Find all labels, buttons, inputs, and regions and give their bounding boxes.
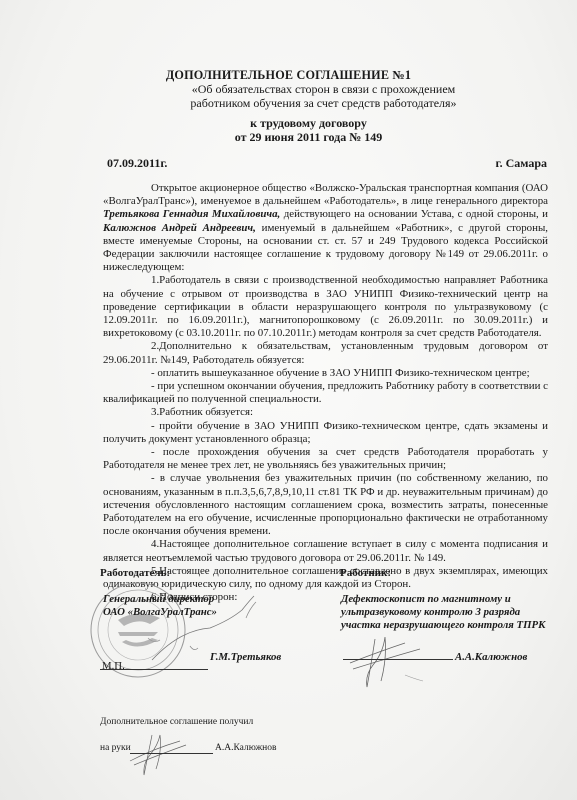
employee-heading: Работник: — [340, 567, 391, 579]
clause-2: 2.Дополнительно к обязательствам, устано… — [103, 340, 548, 366]
contract-reference-line-2: от 29 июня 2011 года № 149 — [20, 130, 577, 144]
employee-role: Дефектоскопист по магнитному и ультразву… — [341, 593, 545, 632]
employee-name: Калюжнов Андрей Андреевич, — [103, 222, 256, 234]
document-subtitle: «Об обязательствах сторон в связи с прох… — [35, 82, 577, 110]
clause-2-item: - оплатить вышеуказанное обучение в ЗАО … — [103, 367, 548, 380]
preamble-paragraph: Открытое акционерное общество «Волжско-У… — [103, 182, 548, 274]
employee-role-line: участка неразрушающего контроля ТПРК — [341, 619, 545, 632]
employer-signatory-name: Г.М.Третьяков — [210, 651, 281, 663]
clause-1: 1.Работодатель в связи с производственно… — [103, 274, 548, 340]
receipt-signature-line — [130, 753, 213, 754]
receipt-signature-icon — [128, 733, 188, 778]
employer-heading: Работодатель: — [100, 567, 170, 579]
seal-place-label: М.П. — [102, 660, 125, 672]
clause-3-item: - в случае увольнения без уважительных п… — [103, 472, 548, 538]
employee-signature-line — [343, 659, 453, 660]
document-date: 07.09.2011г. — [107, 156, 167, 170]
subtitle-line-1: «Об обязательствах сторон в связи с прох… — [35, 82, 577, 96]
contract-reference: к трудовому договору от 29 июня 2011 год… — [20, 116, 577, 144]
preamble-text: Открытое акционерное общество «Волжско-У… — [103, 182, 548, 207]
document-body: Открытое акционерное общество «Волжско-У… — [103, 182, 548, 605]
receipt-name: А.А.Калюжнов — [215, 743, 276, 753]
document-city: г. Самара — [495, 156, 547, 171]
subtitle-line-2: работником обучения за счет средств рабо… — [35, 96, 577, 110]
scanned-document-page: ДОПОЛНИТЕЛЬНОЕ СОГЛАШЕНИЕ №1 «Об обязате… — [0, 0, 577, 800]
receipt-prefix: на руки — [100, 743, 131, 753]
preamble-text: действующего на основании Устава, с одно… — [280, 208, 548, 220]
clause-2-item: - при успешном окончании обучения, предл… — [103, 380, 548, 406]
contract-reference-line-1: к трудовому договору — [20, 116, 577, 130]
document-title: ДОПОЛНИТЕЛЬНОЕ СОГЛАШЕНИЕ №1 — [0, 68, 577, 83]
clause-3: 3.Работник обязуется: — [103, 406, 548, 419]
clause-4: 4.Настоящее дополнительное соглашение вс… — [103, 538, 548, 564]
clause-3-item: - пройти обучение в ЗАО УНИПП Физико-тех… — [103, 420, 548, 446]
director-name: Третьякова Геннадия Михайловича, — [103, 208, 280, 220]
employee-signatory-name: А.А.Калюжнов — [455, 651, 527, 663]
employee-role-line: ультразвуковому контролю 3 разряда — [341, 606, 545, 619]
employee-role-line: Дефектоскопист по магнитному и — [341, 593, 545, 606]
employee-signature-icon — [345, 635, 445, 690]
date-city-line: 07.09.2011г. г. Самара — [107, 156, 547, 171]
receipt-text: Дополнительное соглашение получил — [100, 717, 253, 727]
clause-3-item: - после прохождения обучения за счет сре… — [103, 446, 548, 472]
